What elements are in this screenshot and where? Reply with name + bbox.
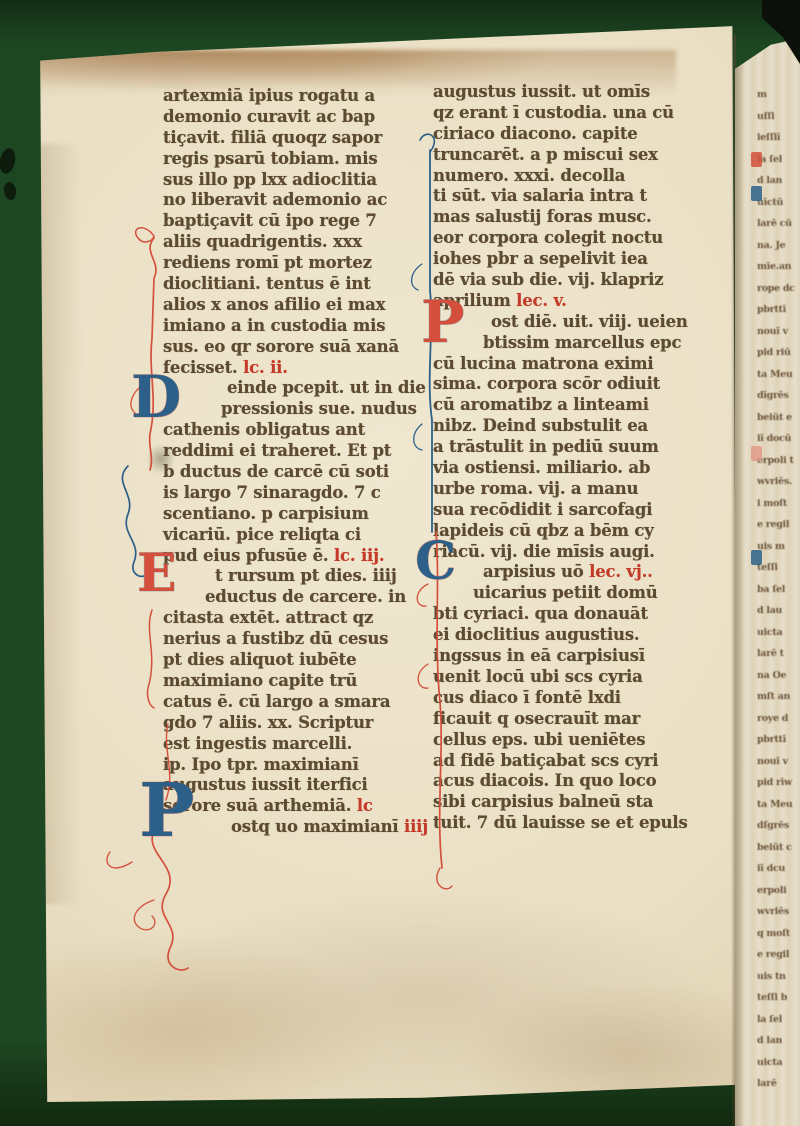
text-line: riacū. vij. die mīsis augi. [433, 541, 721, 563]
text-line: uicarius petiit domū [433, 583, 721, 605]
body-text: uicarius petiit domū [473, 583, 658, 603]
fore-edge-initial-mark [751, 446, 762, 461]
body-text: ost diē. uit. viij. ueien [491, 311, 688, 331]
text-line: aprilium lec. v. [433, 290, 721, 312]
fore-edge-text-fragment: d lan [757, 1030, 799, 1052]
fore-edge-text-fragment: d lan [757, 170, 799, 192]
fore-edge-text-fragment: roye d [757, 708, 799, 730]
body-text: rediens romī pt mortez [163, 253, 372, 273]
text-line: einde pcepit. ut in die [163, 378, 431, 400]
fore-edge-text-fragment: uicta [757, 622, 799, 644]
text-line: cathenis obligatus ant [163, 420, 431, 442]
fore-edge-text-fragment: beiūt e [757, 407, 799, 429]
text-line: acus diacois. In quo loco [433, 771, 721, 793]
photograph-backdrop: { "artifact": { "kind": "medieval manusc… [0, 0, 800, 1126]
body-text: est ingestis marcelli. [163, 733, 352, 753]
text-line: dē via sub die. vij. klapriz [433, 270, 721, 292]
fore-edge-text-fragment: ta Meu [757, 364, 799, 386]
text-line: tiçavit. filiā quoqz sapor [163, 127, 431, 149]
fore-edge-text-fragment: erpoli t [757, 450, 799, 472]
fore-edge-text-fragment: d lau [757, 600, 799, 622]
rubric-text: lc. iij. [334, 545, 384, 565]
fore-edge-text-fragment: larē cū [757, 213, 799, 235]
body-text: iohes pbr a sepelivit iea [433, 249, 648, 269]
body-text: eor corpora colegit noctu [433, 228, 663, 248]
rubric-text: lec. v. [516, 290, 567, 310]
fore-edge-text-fragment: na Oe [757, 665, 799, 687]
body-text: mas salustij foras musc. [433, 207, 652, 227]
text-line: est ingestis marcelli. [163, 733, 431, 755]
fore-edge-text-fragment: la ſel [757, 1009, 799, 1031]
text-line: alios x anos afilio ei max [163, 294, 431, 316]
text-line: sus illo pp lxx adioclitia [163, 169, 431, 191]
fore-edge-text-fragment: nouī v [757, 751, 799, 773]
illuminated-initial-E: E [137, 551, 177, 598]
fore-edge-text-fragment: dīgrēs [757, 385, 799, 407]
body-text: maximiano capite trū [163, 671, 357, 691]
body-text: ciriaco diacono. capite [433, 123, 638, 143]
fore-edge-text-fragment: pbrttī [757, 729, 799, 751]
text-line: tuit. 7 dū lauisse se et epuls [433, 813, 721, 835]
fore-edge-text-fragment: pid rīw [757, 772, 799, 794]
body-text: pressionis sue. nudus [221, 399, 417, 419]
text-line: ip. Ipo tpr. maximianī [163, 754, 431, 776]
text-line: dioclitiani. tentus ē int [163, 274, 431, 296]
body-text: pud eius pfusūe ē. [163, 545, 334, 565]
fore-edge-text-fragment: wvriēs [757, 901, 799, 923]
text-line: nerius a fustibz dū cesus [163, 629, 431, 651]
body-text: nerius a fustibz dū cesus [163, 629, 388, 649]
fore-edge-text-fragment: mīe.an [757, 256, 799, 278]
body-text: gdo 7 aliis. xx. Scriptur [163, 712, 373, 732]
fore-edge-text-fragment: rope dc [757, 278, 799, 300]
text-line: ingssus in eā carpisiusī [433, 646, 721, 668]
fore-edge-text-fragment: erpoli [757, 880, 799, 902]
body-text: cellus eps. ubi ueniētes [433, 729, 645, 749]
body-text: acus diacois. In quo loco [433, 771, 656, 791]
text-line: demonio curavit ac bap [163, 106, 431, 128]
text-line: bti cyriaci. qua donauāt [433, 604, 721, 626]
text-line: cū lucina matrona eximi [433, 353, 721, 375]
body-text: urbe roma. vij. a manu [433, 479, 638, 499]
fore-edge-text-fragment: iī dcu [757, 858, 799, 880]
text-line: sima. corpora scōr odiuit [433, 374, 721, 396]
body-text: demonio curavit ac bap [163, 106, 375, 126]
text-line: augustus iussit. ut omīs [433, 82, 721, 104]
fore-edge-text-fragment: beiūt c [757, 837, 799, 859]
text-line: cellus eps. ubi ueniētes [433, 729, 721, 751]
text-line: catus ē. cū largo a smara [163, 691, 431, 713]
body-text: imiano a in custodia mis [163, 315, 385, 335]
manuscript-page: artexmiā ipius rogatu ademonio curavit a… [36, 24, 738, 1102]
fore-edge-text-fragment: uicta [757, 1052, 799, 1074]
body-text: no liberavit ademonio ac [163, 190, 387, 210]
body-text: reddimi ei traheret. Et pt [163, 441, 391, 461]
text-line: arpisius uō lec. vj.. [433, 562, 721, 584]
text-line: truncarēt. a p miscui sex [433, 144, 721, 166]
fore-edge-text-fragment: ta Meu [757, 794, 799, 816]
text-line: a trāstulit in pediū suum [433, 437, 721, 459]
text-line: regis psarū tobiam. mis [163, 148, 431, 170]
text-line: sibi carpisius balneū sta [433, 792, 721, 814]
body-text: ficauit q osecrauīt mar [433, 708, 640, 728]
fore-edge-text-fragment: iī docū [757, 428, 799, 450]
illuminated-initial-P: P [139, 778, 195, 845]
text-line: iohes pbr a sepelivit iea [433, 249, 721, 271]
fore-edge-text-fragment: ba ſel [757, 579, 799, 601]
text-column-right: augustus iussit. ut omīsqz erant ī custo… [433, 82, 721, 834]
fore-edge-initial-mark [751, 152, 762, 167]
text-line: fecisset. lc. ii. [163, 357, 431, 379]
body-text: eductus de carcere. in [205, 587, 406, 607]
body-text: tiçavit. filiā quoqz sapor [163, 127, 382, 147]
body-text: alios x anos afilio ei max [163, 294, 385, 314]
illuminated-initial-P: P [421, 296, 465, 348]
next-page-text-glimpse: muſſiieſſiīla ſeld lanuīctūlarē cūna. Je… [757, 84, 799, 1095]
fore-edge-text-fragment: uis tn [757, 966, 799, 988]
body-text: sima. corpora scōr odiuit [433, 374, 660, 394]
body-text: cū aromatibz a linteami [433, 395, 649, 415]
body-text: tuit. 7 dū lauisse se et epuls [433, 813, 688, 833]
body-text: ingssus in eā carpisiusī [433, 646, 645, 666]
text-line: pt dies aliquot iubēte [163, 650, 431, 672]
body-text: b ductus de carcē cū soti [163, 462, 389, 482]
body-text: t rursum pt dies. iiij [215, 566, 397, 586]
fore-edge-pages: muſſiieſſiīla ſeld lanuīctūlarē cūna. Je… [735, 34, 800, 1126]
body-text: einde pcepit. ut in die [227, 378, 426, 398]
body-text: baptiçavit cū ipo rege 7 [163, 211, 377, 231]
text-line: reddimi ei traheret. Et pt [163, 441, 431, 463]
fore-edge-text-fragment: wvriēs. [757, 471, 799, 493]
text-line: baptiçavit cū ipo rege 7 [163, 211, 431, 233]
rubric-text: iiij [404, 817, 428, 837]
text-line: ad fidē batiçabat scs cyri [433, 750, 721, 772]
text-line: mas salustij foras musc. [433, 207, 721, 229]
text-column-left: artexmiā ipius rogatu ademonio curavit a… [163, 86, 431, 838]
fore-edge-text-fragment: ieſſiī [757, 127, 799, 149]
rubric-text: lc [357, 796, 373, 816]
text-line: ostq uo maximianī iiij [163, 817, 431, 839]
text-line: cus diaco ī fontē lxdi [433, 687, 721, 709]
fore-edge-text-fragment: mſt an [757, 686, 799, 708]
text-line: eor corpora colegit noctu [433, 228, 721, 250]
body-text: scentiano. p carpisium [163, 503, 369, 523]
text-line: aliis quadrigentis. xxx [163, 232, 431, 254]
text-line: t rursum pt dies. iiij [163, 566, 431, 588]
text-line: scentiano. p carpisium [163, 503, 431, 525]
body-text: truncarēt. a p miscui sex [433, 144, 658, 164]
backdrop-speck [0, 147, 18, 176]
fore-edge-text-fragment: pid riū [757, 342, 799, 364]
text-line: eductus de carcere. in [163, 587, 431, 609]
illuminated-initial-C: C [415, 539, 456, 586]
text-line: sua recōdidit i sarcofagi [433, 499, 721, 521]
body-text: numero. xxxi. decolla [433, 165, 625, 185]
body-text: sibi carpisius balneū sta [433, 792, 653, 812]
rubric-text: lec. vj.. [589, 562, 653, 582]
fore-edge-text-fragment: larē t [757, 643, 799, 665]
rubric-text: lc. ii. [243, 357, 288, 377]
left-margin-stain [36, 144, 96, 904]
text-line: ost diē. uit. viij. ueien [433, 311, 721, 333]
body-text: sus illo pp lxx adioclitia [163, 169, 377, 189]
text-line: cū aromatibz a linteami [433, 395, 721, 417]
body-text: citasta extēt. attract qz [163, 608, 373, 628]
body-text: lapideis cū qbz a bēm cy [433, 520, 654, 540]
fore-edge-initial-mark [751, 186, 762, 201]
body-text: cathenis obligatus ant [163, 420, 365, 440]
body-text: ostq uo maximianī [231, 817, 404, 837]
text-line: artexmiā ipius rogatu a [163, 86, 431, 108]
text-line: sus. eo qr sorore suā xanā [163, 336, 431, 358]
text-line: lapideis cū qbz a bēm cy [433, 520, 721, 542]
fore-edge-text-fragment: e regil [757, 944, 799, 966]
body-text: is largo 7 sinaragdo. 7 c [163, 483, 381, 503]
text-line: b ductus de carcē cū soti [163, 462, 431, 484]
body-text: cū lucina matrona eximi [433, 353, 653, 373]
fore-edge-text-fragment: teſſi [757, 557, 799, 579]
body-text: btissim marcellus epc [483, 332, 681, 352]
body-text: via ostiensi. miliario. ab [433, 458, 650, 478]
illuminated-initial-D: D [131, 371, 181, 423]
body-text: sua recōdidit i sarcofagi [433, 499, 652, 519]
bottom-mottling-stain [36, 864, 738, 1102]
fore-edge-text-fragment: uis m [757, 536, 799, 558]
fore-edge-text-fragment: m [757, 84, 799, 106]
text-line: pud eius pfusūe ē. lc. iij. [163, 545, 431, 567]
body-text: arpisius uō [483, 562, 589, 582]
text-line: via ostiensi. miliario. ab [433, 458, 721, 480]
text-line: no liberavit ademonio ac [163, 190, 431, 212]
body-text: augustus iussit. ut omīs [433, 82, 650, 102]
body-text: dioclitiani. tentus ē int [163, 274, 371, 294]
fore-edge-text-fragment: la ſel [757, 149, 799, 171]
body-text: ti sūt. via salaria intra t [433, 186, 647, 206]
backdrop-speck [3, 181, 17, 200]
body-text: uenit locū ubi scs cyria [433, 667, 643, 687]
fore-edge-text-fragment: pbrttī [757, 299, 799, 321]
body-text: ad fidē batiçabat scs cyri [433, 750, 658, 770]
body-text: sus. eo qr sorore suā xanā [163, 336, 399, 356]
text-line: ti sūt. via salaria intra t [433, 186, 721, 208]
text-line: rediens romī pt mortez [163, 253, 431, 275]
text-line: vicariū. pice reliqta ci [163, 524, 431, 546]
fore-edge-text-fragment: uſſi [757, 106, 799, 128]
fore-edge-text-fragment: nouī v [757, 321, 799, 343]
fore-edge-text-fragment: e regil [757, 514, 799, 536]
body-text: catus ē. cū largo a smara [163, 691, 390, 711]
body-text: vicariū. pice reliqta ci [163, 524, 361, 544]
text-line: ficauit q osecrauīt mar [433, 708, 721, 730]
text-line: citasta extēt. attract qz [163, 608, 431, 630]
body-text: cus diaco ī fontē lxdi [433, 687, 621, 707]
text-line: gdo 7 aliis. xx. Scriptur [163, 712, 431, 734]
body-text: pt dies aliquot iubēte [163, 650, 356, 670]
body-text: aliis quadrigentis. xxx [163, 232, 362, 252]
text-line: ciriaco diacono. capite [433, 123, 721, 145]
text-line: ei dioclitius augustius. [433, 625, 721, 647]
body-text: qz erant ī custodia. una cū [433, 102, 674, 122]
fore-edge-text-fragment: teſſi b [757, 987, 799, 1009]
fore-edge-text-fragment: q moſt [757, 923, 799, 945]
text-line: pressionis sue. nudus [163, 399, 431, 421]
fore-edge-text-fragment: uīctū [757, 192, 799, 214]
body-text: artexmiā ipius rogatu a [163, 86, 375, 106]
text-line: imiano a in custodia mis [163, 315, 431, 337]
body-text: ei dioclitius augustius. [433, 625, 639, 645]
text-line: maximiano capite trū [163, 671, 431, 693]
text-line: numero. xxxi. decolla [433, 165, 721, 187]
text-line: urbe roma. vij. a manu [433, 479, 721, 501]
fore-edge-text-fragment: larē [757, 1073, 799, 1095]
fore-edge-text-fragment: dſgrēs [757, 815, 799, 837]
text-line: nibz. Deind substulit ea [433, 416, 721, 438]
body-text: dē via sub die. vij. klapriz [433, 270, 663, 290]
body-text: bti cyriaci. qua donauāt [433, 604, 648, 624]
fore-edge-text-fragment: na. Je [757, 235, 799, 257]
fore-edge-text-fragment: i moſt [757, 493, 799, 515]
body-text: nibz. Deind substulit ea [433, 416, 648, 436]
text-line: btissim marcellus epc [433, 332, 721, 354]
body-text: regis psarū tobiam. mis [163, 148, 377, 168]
body-text: riacū. vij. die mīsis augi. [433, 541, 655, 561]
body-text: a trāstulit in pediū suum [433, 437, 659, 457]
text-line: qz erant ī custodia. una cū [433, 102, 721, 124]
text-line: sorore suā arthemiā. lc [163, 796, 431, 818]
text-line: uenit locū ubi scs cyria [433, 667, 721, 689]
fore-edge-initial-mark [751, 550, 762, 565]
text-line: augustus iussit iterfici [163, 775, 431, 797]
text-line: is largo 7 sinaragdo. 7 c [163, 483, 431, 505]
